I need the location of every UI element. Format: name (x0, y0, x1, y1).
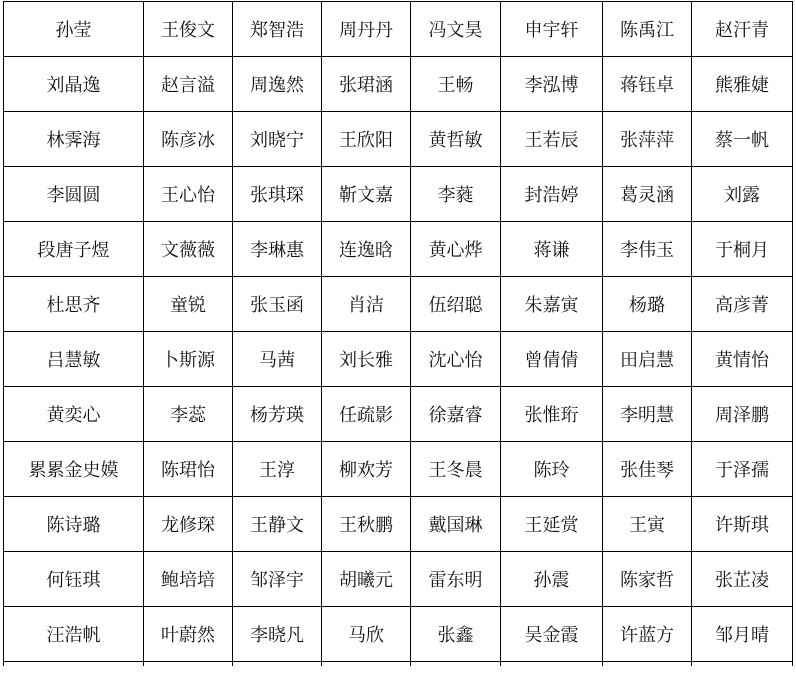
table-row: 刘晶逸赵言溢周逸然张珺涵王畅李泓博蒋钰卓熊雅婕 (4, 57, 793, 112)
empty-cell (603, 662, 692, 667)
name-cell: 刘晓宁 (233, 112, 322, 167)
name-cell: 王若辰 (501, 112, 603, 167)
name-cell: 赵汗青 (692, 2, 793, 57)
name-cell: 柳欢芳 (322, 442, 411, 497)
name-cell: 杨芳瑛 (233, 387, 322, 442)
name-cell: 黄情怡 (692, 332, 793, 387)
name-cell: 胡曦元 (322, 552, 411, 607)
name-cell: 龙修琛 (144, 497, 233, 552)
name-cell: 徐嘉睿 (411, 387, 501, 442)
name-cell: 何钰琪 (4, 552, 144, 607)
name-cell: 陈诗璐 (4, 497, 144, 552)
empty-cell (411, 662, 501, 667)
name-cell: 李泓博 (501, 57, 603, 112)
name-cell: 陈家哲 (603, 552, 692, 607)
table-row-partial (4, 662, 793, 667)
table-body: 孙莹王俊文郑智浩周丹丹冯文昊申宇轩陈禹江赵汗青刘晶逸赵言溢周逸然张珺涵王畅李泓博… (4, 2, 793, 667)
name-cell: 张芷凌 (692, 552, 793, 607)
name-cell: 靳文嘉 (322, 167, 411, 222)
name-cell: 黄心烨 (411, 222, 501, 277)
name-cell: 戴国琳 (411, 497, 501, 552)
name-cell: 张鑫 (411, 607, 501, 662)
table-row: 陈诗璐龙修琛王静文王秋鹏戴国琳王延赏王寅许斯琪 (4, 497, 793, 552)
name-cell: 郑智浩 (233, 2, 322, 57)
name-cell: 卜斯源 (144, 332, 233, 387)
name-table: 孙莹王俊文郑智浩周丹丹冯文昊申宇轩陈禹江赵汗青刘晶逸赵言溢周逸然张珺涵王畅李泓博… (3, 1, 793, 666)
name-cell: 汪浩帆 (4, 607, 144, 662)
name-cell: 王欣阳 (322, 112, 411, 167)
name-cell: 马茜 (233, 332, 322, 387)
name-cell: 马欣 (322, 607, 411, 662)
empty-cell (692, 662, 793, 667)
name-cell: 许斯琪 (692, 497, 793, 552)
name-cell: 张琪琛 (233, 167, 322, 222)
name-cell: 周丹丹 (322, 2, 411, 57)
name-cell: 王延赏 (501, 497, 603, 552)
name-cell: 李琳惠 (233, 222, 322, 277)
name-cell: 陈禹江 (603, 2, 692, 57)
table-row: 累累金史嫫陈珺怡王淳柳欢芳王冬晨陈玲张佳琴于泽孺 (4, 442, 793, 497)
name-cell: 于泽孺 (692, 442, 793, 497)
name-cell: 童锐 (144, 277, 233, 332)
name-cell: 赵言溢 (144, 57, 233, 112)
name-cell: 蔡一帆 (692, 112, 793, 167)
name-cell: 沈心怡 (411, 332, 501, 387)
name-cell: 邹泽宇 (233, 552, 322, 607)
name-cell: 曾倩倩 (501, 332, 603, 387)
name-cell: 黄哲敏 (411, 112, 501, 167)
name-cell: 李蕤 (411, 167, 501, 222)
name-cell: 杜思齐 (4, 277, 144, 332)
name-cell: 段唐子煜 (4, 222, 144, 277)
name-cell: 王寅 (603, 497, 692, 552)
name-cell: 葛灵涵 (603, 167, 692, 222)
name-cell: 周泽鹏 (692, 387, 793, 442)
name-cell: 林霁海 (4, 112, 144, 167)
name-cell: 王畅 (411, 57, 501, 112)
name-cell: 于桐月 (692, 222, 793, 277)
name-cell: 冯文昊 (411, 2, 501, 57)
name-cell: 文薇薇 (144, 222, 233, 277)
name-cell: 李明慧 (603, 387, 692, 442)
name-cell: 李蕊 (144, 387, 233, 442)
name-cell: 叶蔚然 (144, 607, 233, 662)
empty-cell (501, 662, 603, 667)
table-row: 汪浩帆叶蔚然李晓凡马欣张鑫吴金霞许蓝方邹月晴 (4, 607, 793, 662)
table-row: 李圆圆王心怡张琪琛靳文嘉李蕤封浩婷葛灵涵刘露 (4, 167, 793, 222)
table-row: 黄奕心李蕊杨芳瑛任疏影徐嘉睿张惟珩李明慧周泽鹏 (4, 387, 793, 442)
name-cell: 张萍萍 (603, 112, 692, 167)
name-cell: 王俊文 (144, 2, 233, 57)
name-cell: 累累金史嫫 (4, 442, 144, 497)
name-cell: 张佳琴 (603, 442, 692, 497)
table-row: 吕慧敏卜斯源马茜刘长雅沈心怡曾倩倩田启慧黄情怡 (4, 332, 793, 387)
empty-cell (4, 662, 144, 667)
name-cell: 陈玲 (501, 442, 603, 497)
name-cell: 连逸晗 (322, 222, 411, 277)
name-cell: 黄奕心 (4, 387, 144, 442)
name-cell: 伍绍聪 (411, 277, 501, 332)
name-cell: 刘长雅 (322, 332, 411, 387)
name-cell: 王冬晨 (411, 442, 501, 497)
table-row: 何钰琪鲍培培邹泽宇胡曦元雷东明孙震陈家哲张芷凌 (4, 552, 793, 607)
name-cell: 王心怡 (144, 167, 233, 222)
name-cell: 张惟珩 (501, 387, 603, 442)
name-cell: 蒋谦 (501, 222, 603, 277)
table-row: 段唐子煜文薇薇李琳惠连逸晗黄心烨蒋谦李伟玉于桐月 (4, 222, 793, 277)
name-cell: 肖洁 (322, 277, 411, 332)
table-row: 林霁海陈彦冰刘晓宁王欣阳黄哲敏王若辰张萍萍蔡一帆 (4, 112, 793, 167)
name-cell: 张珺涵 (322, 57, 411, 112)
name-cell: 张玉函 (233, 277, 322, 332)
name-cell: 邹月晴 (692, 607, 793, 662)
name-cell: 高彦菁 (692, 277, 793, 332)
name-cell: 李伟玉 (603, 222, 692, 277)
name-cell: 杨璐 (603, 277, 692, 332)
name-cell: 陈珺怡 (144, 442, 233, 497)
name-cell: 周逸然 (233, 57, 322, 112)
name-cell: 王静文 (233, 497, 322, 552)
name-cell: 刘晶逸 (4, 57, 144, 112)
name-cell: 田启慧 (603, 332, 692, 387)
name-cell: 王淳 (233, 442, 322, 497)
name-cell: 孙震 (501, 552, 603, 607)
name-cell: 鲍培培 (144, 552, 233, 607)
table-row: 孙莹王俊文郑智浩周丹丹冯文昊申宇轩陈禹江赵汗青 (4, 2, 793, 57)
name-cell: 李圆圆 (4, 167, 144, 222)
name-cell: 孙莹 (4, 2, 144, 57)
name-cell: 刘露 (692, 167, 793, 222)
name-cell: 吕慧敏 (4, 332, 144, 387)
name-cell: 任疏影 (322, 387, 411, 442)
empty-cell (144, 662, 233, 667)
empty-cell (233, 662, 322, 667)
name-cell: 许蓝方 (603, 607, 692, 662)
name-cell: 申宇轩 (501, 2, 603, 57)
name-cell: 朱嘉寅 (501, 277, 603, 332)
name-cell: 熊雅婕 (692, 57, 793, 112)
name-cell: 李晓凡 (233, 607, 322, 662)
table-row: 杜思齐童锐张玉函肖洁伍绍聪朱嘉寅杨璐高彦菁 (4, 277, 793, 332)
name-cell: 封浩婷 (501, 167, 603, 222)
empty-cell (322, 662, 411, 667)
name-cell: 陈彦冰 (144, 112, 233, 167)
name-cell: 王秋鹏 (322, 497, 411, 552)
name-cell: 吴金霞 (501, 607, 603, 662)
name-cell: 蒋钰卓 (603, 57, 692, 112)
name-cell: 雷东明 (411, 552, 501, 607)
